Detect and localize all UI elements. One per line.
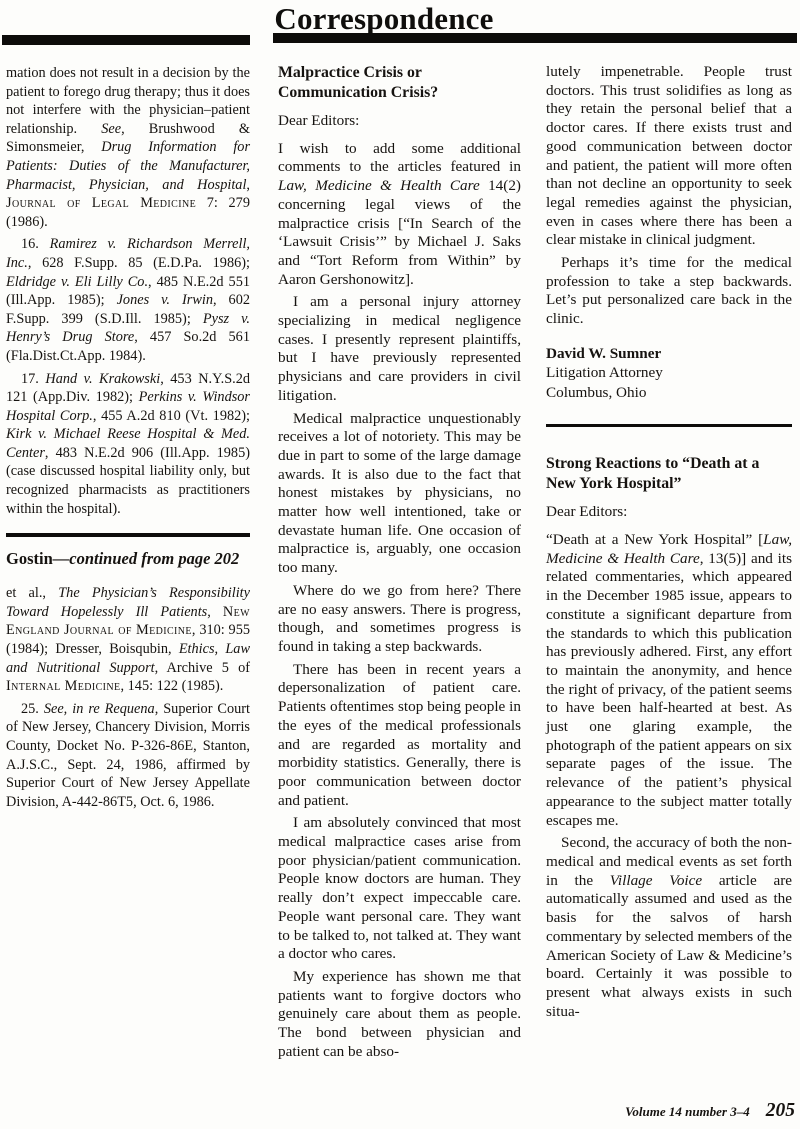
letter1-signature: David W. SumnerLitigation AttorneyColumb… — [546, 344, 792, 403]
text-run: , 455 A.2d 810 (Vt. 1982); — [93, 408, 250, 424]
text-run: I wish to add some additional comments t… — [278, 140, 521, 176]
letter1-salutation: Dear Editors: — [278, 112, 521, 131]
letter1-para: There has been in recent years a deperso… — [278, 661, 521, 811]
main-section-top-bar — [273, 33, 797, 43]
letter1-para-continuation: lutely impenetrable. People trust doctor… — [546, 63, 792, 250]
letter2-para: Second, the accuracy of both the non-med… — [546, 834, 792, 1021]
text-run-i: See, in re Requena — [44, 701, 155, 717]
letter1-heading: Malpractice Crisis or Communication Cris… — [278, 63, 521, 103]
text-run: et al., — [6, 585, 58, 601]
text-run: , 145: 122 (1985). — [121, 678, 224, 694]
letter1-para: I am a personal injury attorney speciali… — [278, 293, 521, 405]
page-title: Correspondence — [0, 1, 768, 37]
text-run: Dear Editors: — [278, 112, 359, 129]
letter1-para: Perhaps it’s time for the medical profes… — [546, 254, 792, 329]
text-run: Perhaps it’s time for the medical profes… — [546, 254, 792, 327]
gostin-continued-heading: Gostin—continued from page 202 — [6, 548, 250, 569]
text-run: I am a personal injury attorney speciali… — [278, 293, 521, 404]
text-run: Medical malpractice unquestionably recei… — [278, 410, 521, 577]
text-run: Dear Editors: — [546, 503, 627, 520]
signature-line: Columbus, Ohio — [546, 383, 792, 403]
text-run: Where do we go from here? There are no e… — [278, 582, 521, 655]
text-run-i: Law, Medicine & Health Care — [278, 177, 480, 194]
letter2-salutation: Dear Editors: — [546, 503, 792, 522]
footnote-continuation: mation does not result in a decision by … — [6, 64, 250, 231]
gostin-footnote-24: et al., The Physician’s Responsibility T… — [6, 584, 250, 696]
text-run: I am absolutely convinced that most medi… — [278, 814, 521, 962]
letter1-para: I am absolutely convinced that most medi… — [278, 814, 521, 964]
text-run-i: Eldridge v. Eli Lilly Co. — [6, 274, 148, 290]
text-run-sc: Journal of Legal Medicine — [6, 195, 196, 211]
text-run: Litigation Attorney — [546, 364, 663, 381]
footnote-16: 16. Ramirez v. Richardson Merrell, Inc.,… — [6, 235, 250, 365]
left-column-top-bar — [2, 35, 250, 45]
text-run: , 13(5)] and its related commentaries, w… — [546, 550, 792, 829]
letter1-para: I wish to add some additional comments t… — [278, 140, 521, 290]
volume-label: Volume 14 number 3–4 — [625, 1104, 750, 1119]
page-footer: Volume 14 number 3–4205 — [625, 1100, 795, 1122]
text-run-b: David W. Sumner — [546, 345, 661, 362]
text-run: Strong Reactions to “Death at a New York… — [546, 455, 759, 492]
text-run: , Superior Court of New Jersey, Chancery… — [6, 701, 250, 810]
text-run: 25. — [21, 701, 44, 717]
text-run: Gostin — [6, 549, 53, 568]
text-run: “Death at a New York Hospital” [ — [546, 531, 763, 548]
letter1-para: My experience has shown me that patients… — [278, 968, 521, 1062]
text-run-i: See — [101, 121, 121, 137]
section-divider-rule — [546, 424, 792, 427]
letter1-para: Medical malpractice unquestionably recei… — [278, 410, 521, 578]
text-run: Columbus, Ohio — [546, 384, 646, 401]
journal-correspondence-page: Correspondence mation does not result in… — [0, 0, 800, 1129]
text-run-i: Village Voice — [610, 872, 702, 889]
text-run: , Archive 5 of — [155, 660, 250, 676]
text-run: , — [246, 177, 250, 193]
text-run: lutely impenetrable. People trust doctor… — [546, 63, 792, 248]
column-right-letters: lutely impenetrable. People trust doctor… — [546, 63, 792, 1025]
text-run: article are automatically assumed and us… — [546, 872, 792, 1020]
text-run-i: —continued from page 202 — [53, 549, 240, 568]
text-run: 17. — [21, 371, 45, 387]
text-run: My experience has shown me that patients… — [278, 968, 521, 1060]
column-left-footnotes: mation does not result in a decision by … — [6, 64, 250, 815]
text-run: Malpractice Crisis or Communication Cris… — [278, 64, 438, 101]
letter2-heading: Strong Reactions to “Death at a New York… — [546, 454, 792, 494]
text-run-sc: Internal Medicine — [6, 678, 121, 694]
section-divider-rule — [6, 533, 250, 537]
text-run-i: Hand v. Krakowski — [45, 371, 160, 387]
gostin-footnote-25: 25. See, in re Requena, Superior Court o… — [6, 700, 250, 812]
footnote-17: 17. Hand v. Krakowski, 453 N.Y.S.2d 121 … — [6, 370, 250, 519]
text-run: 16. — [21, 236, 50, 252]
signature-line: Litigation Attorney — [546, 363, 792, 383]
page-number: 205 — [766, 1100, 795, 1121]
column-middle-letter: Malpractice Crisis or Communication Cris… — [278, 63, 521, 1065]
letter2-para: “Death at a New York Hospital” [Law, Med… — [546, 531, 792, 830]
text-run: , 628 F.Supp. 85 (E.D.Pa. 1986); — [28, 255, 250, 271]
text-run: , — [207, 604, 223, 620]
letter1-para: Where do we go from here? There are no e… — [278, 582, 521, 657]
text-run: There has been in recent years a deperso… — [278, 661, 521, 809]
signature-line: David W. Sumner — [546, 344, 792, 364]
text-run-i: Jones v. Irwin — [117, 292, 213, 308]
